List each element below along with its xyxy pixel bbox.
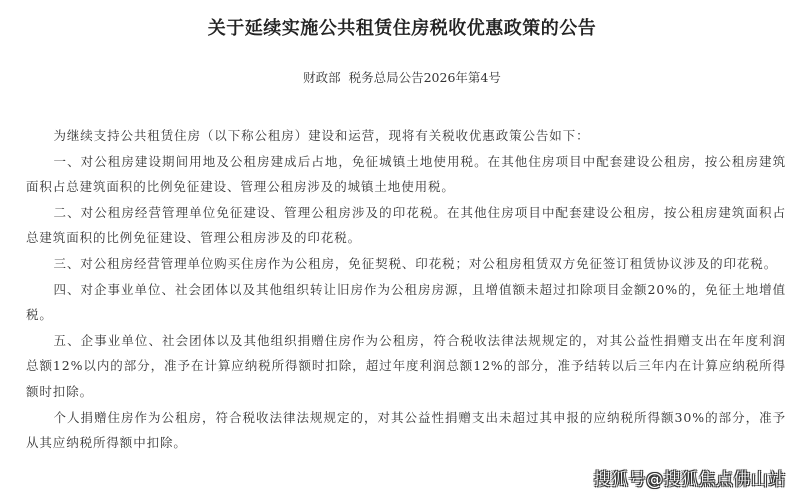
paragraph-item-3: 三、对公租房经营管理单位购买住房作为公租房，免征契税、印花税；对公租房租赁双方免…	[26, 251, 786, 277]
paragraph-item-1: 一、对公租房建设期间用地及公租房建成后占地，免征城镇土地使用税。在其他住房项目中…	[26, 149, 786, 200]
source-watermark: 搜狐号@搜狐焦点佛山站	[594, 465, 787, 490]
document-title: 关于延续实施公共租赁住房税收优惠政策的公告	[0, 14, 804, 40]
paragraph-item-5-individual: 个人捐赠住房作为公租房，符合税收法律法规规定的，对其公益性捐赠支出未超过其申报的…	[26, 405, 786, 456]
document-subtitle: 财政部 税务总局公告2026年第4号	[0, 68, 804, 86]
paragraph-intro: 为继续支持公共租赁住房（以下称公租房）建设和运营，现将有关税收优惠政策公告如下：	[26, 123, 786, 149]
paragraph-item-2: 二、对公租房经营管理单位免征建设、管理公租房涉及的印花税。在其他住房项目中配套建…	[26, 200, 786, 251]
paragraph-item-4: 四、对企事业单位、社会团体以及其他组织转让旧房作为公租房房源，且增值额未超过扣除…	[26, 277, 786, 328]
paragraph-item-5: 五、企事业单位、社会团体以及其他组织捐赠住房作为公租房，符合税收法律法规规定的，…	[26, 328, 786, 405]
document-body: 为继续支持公共租赁住房（以下称公租房）建设和运营，现将有关税收优惠政策公告如下：…	[26, 123, 786, 456]
